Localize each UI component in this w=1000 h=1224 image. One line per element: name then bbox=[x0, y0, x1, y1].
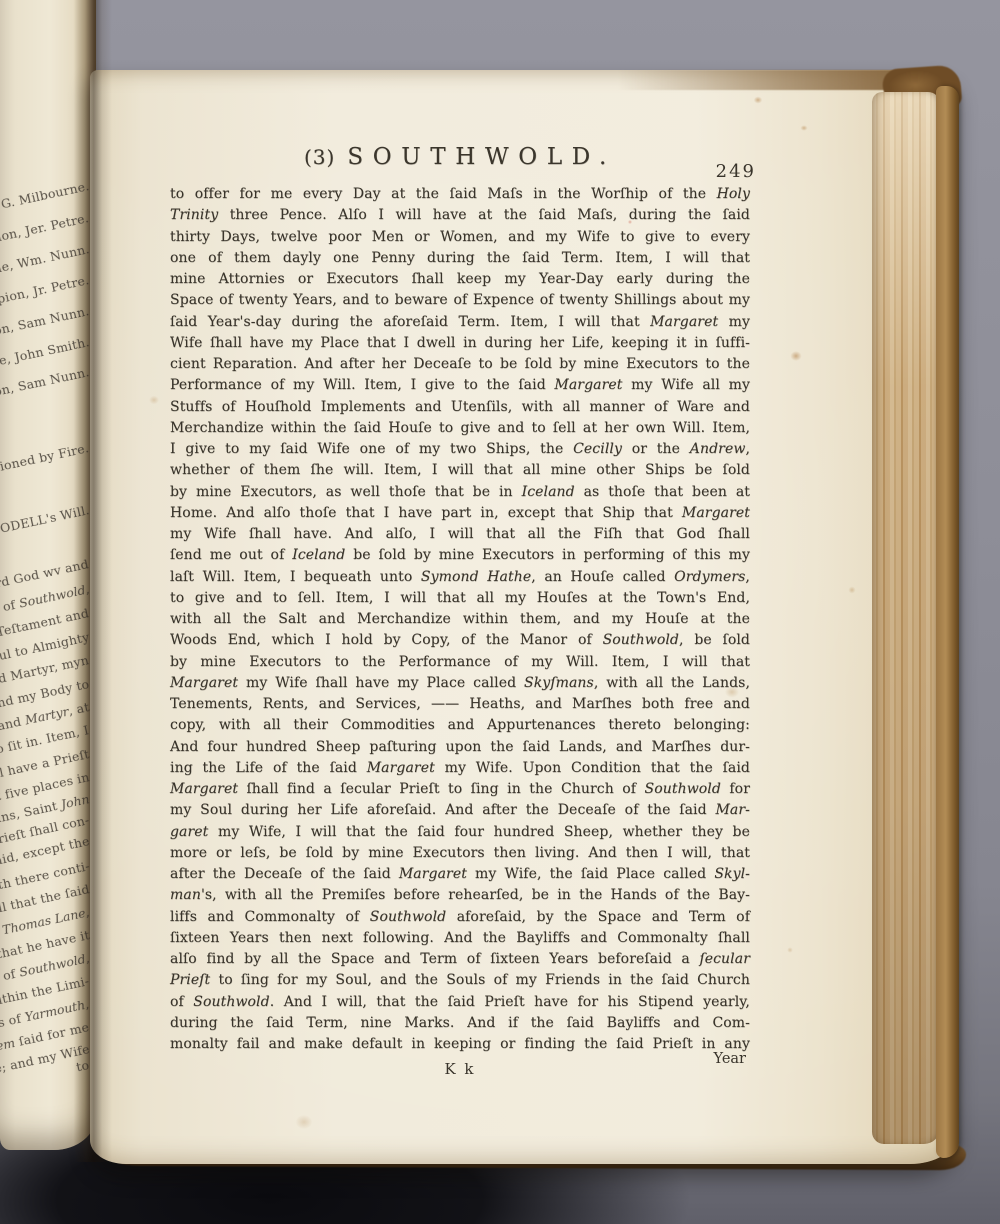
text-line: of Southwold. And I will, that the ſaid … bbox=[170, 992, 750, 1013]
text-line: by mine Executors, as well thoſe that be… bbox=[170, 482, 750, 503]
text-line: my Soul during her Life aforeſaid. And a… bbox=[170, 800, 750, 821]
text-line: I give to my ſaid Wife one of my two Shi… bbox=[170, 439, 750, 460]
facing-page-text-fragment: GODELL's Will. bbox=[0, 502, 91, 538]
text-line: copy, with all their Commodities and App… bbox=[170, 715, 750, 736]
text-line: alſo find by all the Space and Term of ſ… bbox=[170, 949, 750, 970]
text-line: garet my Wife, I will that the ſaid four… bbox=[170, 822, 750, 843]
section-number: (3) bbox=[304, 145, 335, 169]
text-line: monalty fail and make default in keeping… bbox=[170, 1034, 750, 1055]
text-line: Woods End, which I hold by Copy, of the … bbox=[170, 630, 750, 651]
catchword: Year bbox=[714, 1051, 746, 1067]
text-line: ſaid Year's-day during the aforeſaid Ter… bbox=[170, 312, 750, 333]
text-line: liffs and Commonalty of Southwold aforeſ… bbox=[170, 907, 750, 928]
text-line: Prieſt to ſing for my Soul, and the Soul… bbox=[170, 970, 750, 991]
text-line: my Wife ſhall have. And alſo, I will tha… bbox=[170, 524, 750, 545]
body-text: to offer for me every Day at the ſaid Ma… bbox=[170, 184, 750, 1055]
text-line: Trinity three Pence. Alſo I will have at… bbox=[170, 205, 750, 226]
page-title: SOUTHWOLD. bbox=[347, 144, 616, 170]
text-line: Tenements, Rents, and Services, —— Heath… bbox=[170, 694, 750, 715]
text-line: man's, with all the Premiſes before rehe… bbox=[170, 885, 750, 906]
text-line: Stuffs of Houſhold Implements and Utenſi… bbox=[170, 397, 750, 418]
text-line: And four hundred Sheep paſturing upon th… bbox=[170, 737, 750, 758]
text-line: to give and to ſell. Item, I will that a… bbox=[170, 588, 750, 609]
text-line: after the Deceaſe of the ſaid Margaret m… bbox=[170, 864, 750, 885]
text-line: Performance of my Will. Item, I give to … bbox=[170, 375, 750, 396]
facing-page-text-fragment: on G. Milbourne. bbox=[0, 178, 91, 216]
text-line: Wife ſhall have my Place that I dwell in… bbox=[170, 333, 750, 354]
text-line: Margaret ſhall find a ſecular Prieſt to … bbox=[170, 779, 750, 800]
text-line: one of them dayly one Penny during the ſ… bbox=[170, 248, 750, 269]
text-line: to offer for me every Day at the ſaid Ma… bbox=[170, 184, 750, 205]
text-line: Space of twenty Years, and to beware of … bbox=[170, 290, 750, 311]
text-line: more or leſs, be ſold by mine Executors … bbox=[170, 843, 750, 864]
facing-page-text-fragment: mpion, Jr. Petre. bbox=[0, 272, 91, 309]
fore-edge-cover-rim bbox=[936, 86, 959, 1158]
running-head: (3)SOUTHWOLD. bbox=[170, 144, 750, 170]
text-line: by mine Executors to the Performance of … bbox=[170, 652, 750, 673]
page-header: (3)SOUTHWOLD. 249 bbox=[170, 144, 750, 184]
text-line: whether of them ſhe will. Item, I will t… bbox=[170, 460, 750, 481]
text-line: with all the Salt and Merchandize within… bbox=[170, 609, 750, 630]
text-line: ing the Life of the ſaid Margaret my Wif… bbox=[170, 758, 750, 779]
fore-edge-page-stack bbox=[872, 92, 940, 1144]
text-line: mine Attornies or Executors ſhall keep m… bbox=[170, 269, 750, 290]
text-line: ſend me out of Iceland be ſold by mine E… bbox=[170, 545, 750, 566]
text-line: Home. And alſo thoſe that I have part in… bbox=[170, 503, 750, 524]
book-page: (3)SOUTHWOLD. 249 to offer for me every … bbox=[90, 70, 956, 1164]
text-line: thirty Days, twelve poor Men or Women, a… bbox=[170, 227, 750, 248]
page-number: 249 bbox=[716, 161, 756, 182]
facing-page-text-fragment: pſon, Sam Nunn. bbox=[0, 364, 91, 402]
text-line: during the ſaid Term, nine Marks. And if… bbox=[170, 1013, 750, 1034]
text-line: cient Reparation. And after her Deceaſe … bbox=[170, 354, 750, 375]
signature-mark: K k bbox=[170, 1060, 750, 1078]
page-text-block: (3)SOUTHWOLD. 249 to offer for me every … bbox=[170, 144, 750, 1081]
text-line: Merchandize within the ſaid Houſe to giv… bbox=[170, 418, 750, 439]
text-line: Margaret my Wife ſhall have my Place cal… bbox=[170, 673, 750, 694]
facing-page-text-fragment: ſioned by Fire. bbox=[0, 440, 91, 475]
facing-page-edge: on G. Milbourne.mpion, Jer. Petre.urne, … bbox=[0, 0, 96, 1150]
photo-background: on G. Milbourne.mpion, Jer. Petre.urne, … bbox=[0, 0, 1000, 1224]
text-line: laſt Will. Item, I bequeath unto Symond … bbox=[170, 567, 750, 588]
text-line: ſixteen Years then next following. And t… bbox=[170, 928, 750, 949]
page-footer: K k Year bbox=[170, 1055, 750, 1081]
facing-page-text-fragment: to bbox=[75, 1057, 91, 1074]
